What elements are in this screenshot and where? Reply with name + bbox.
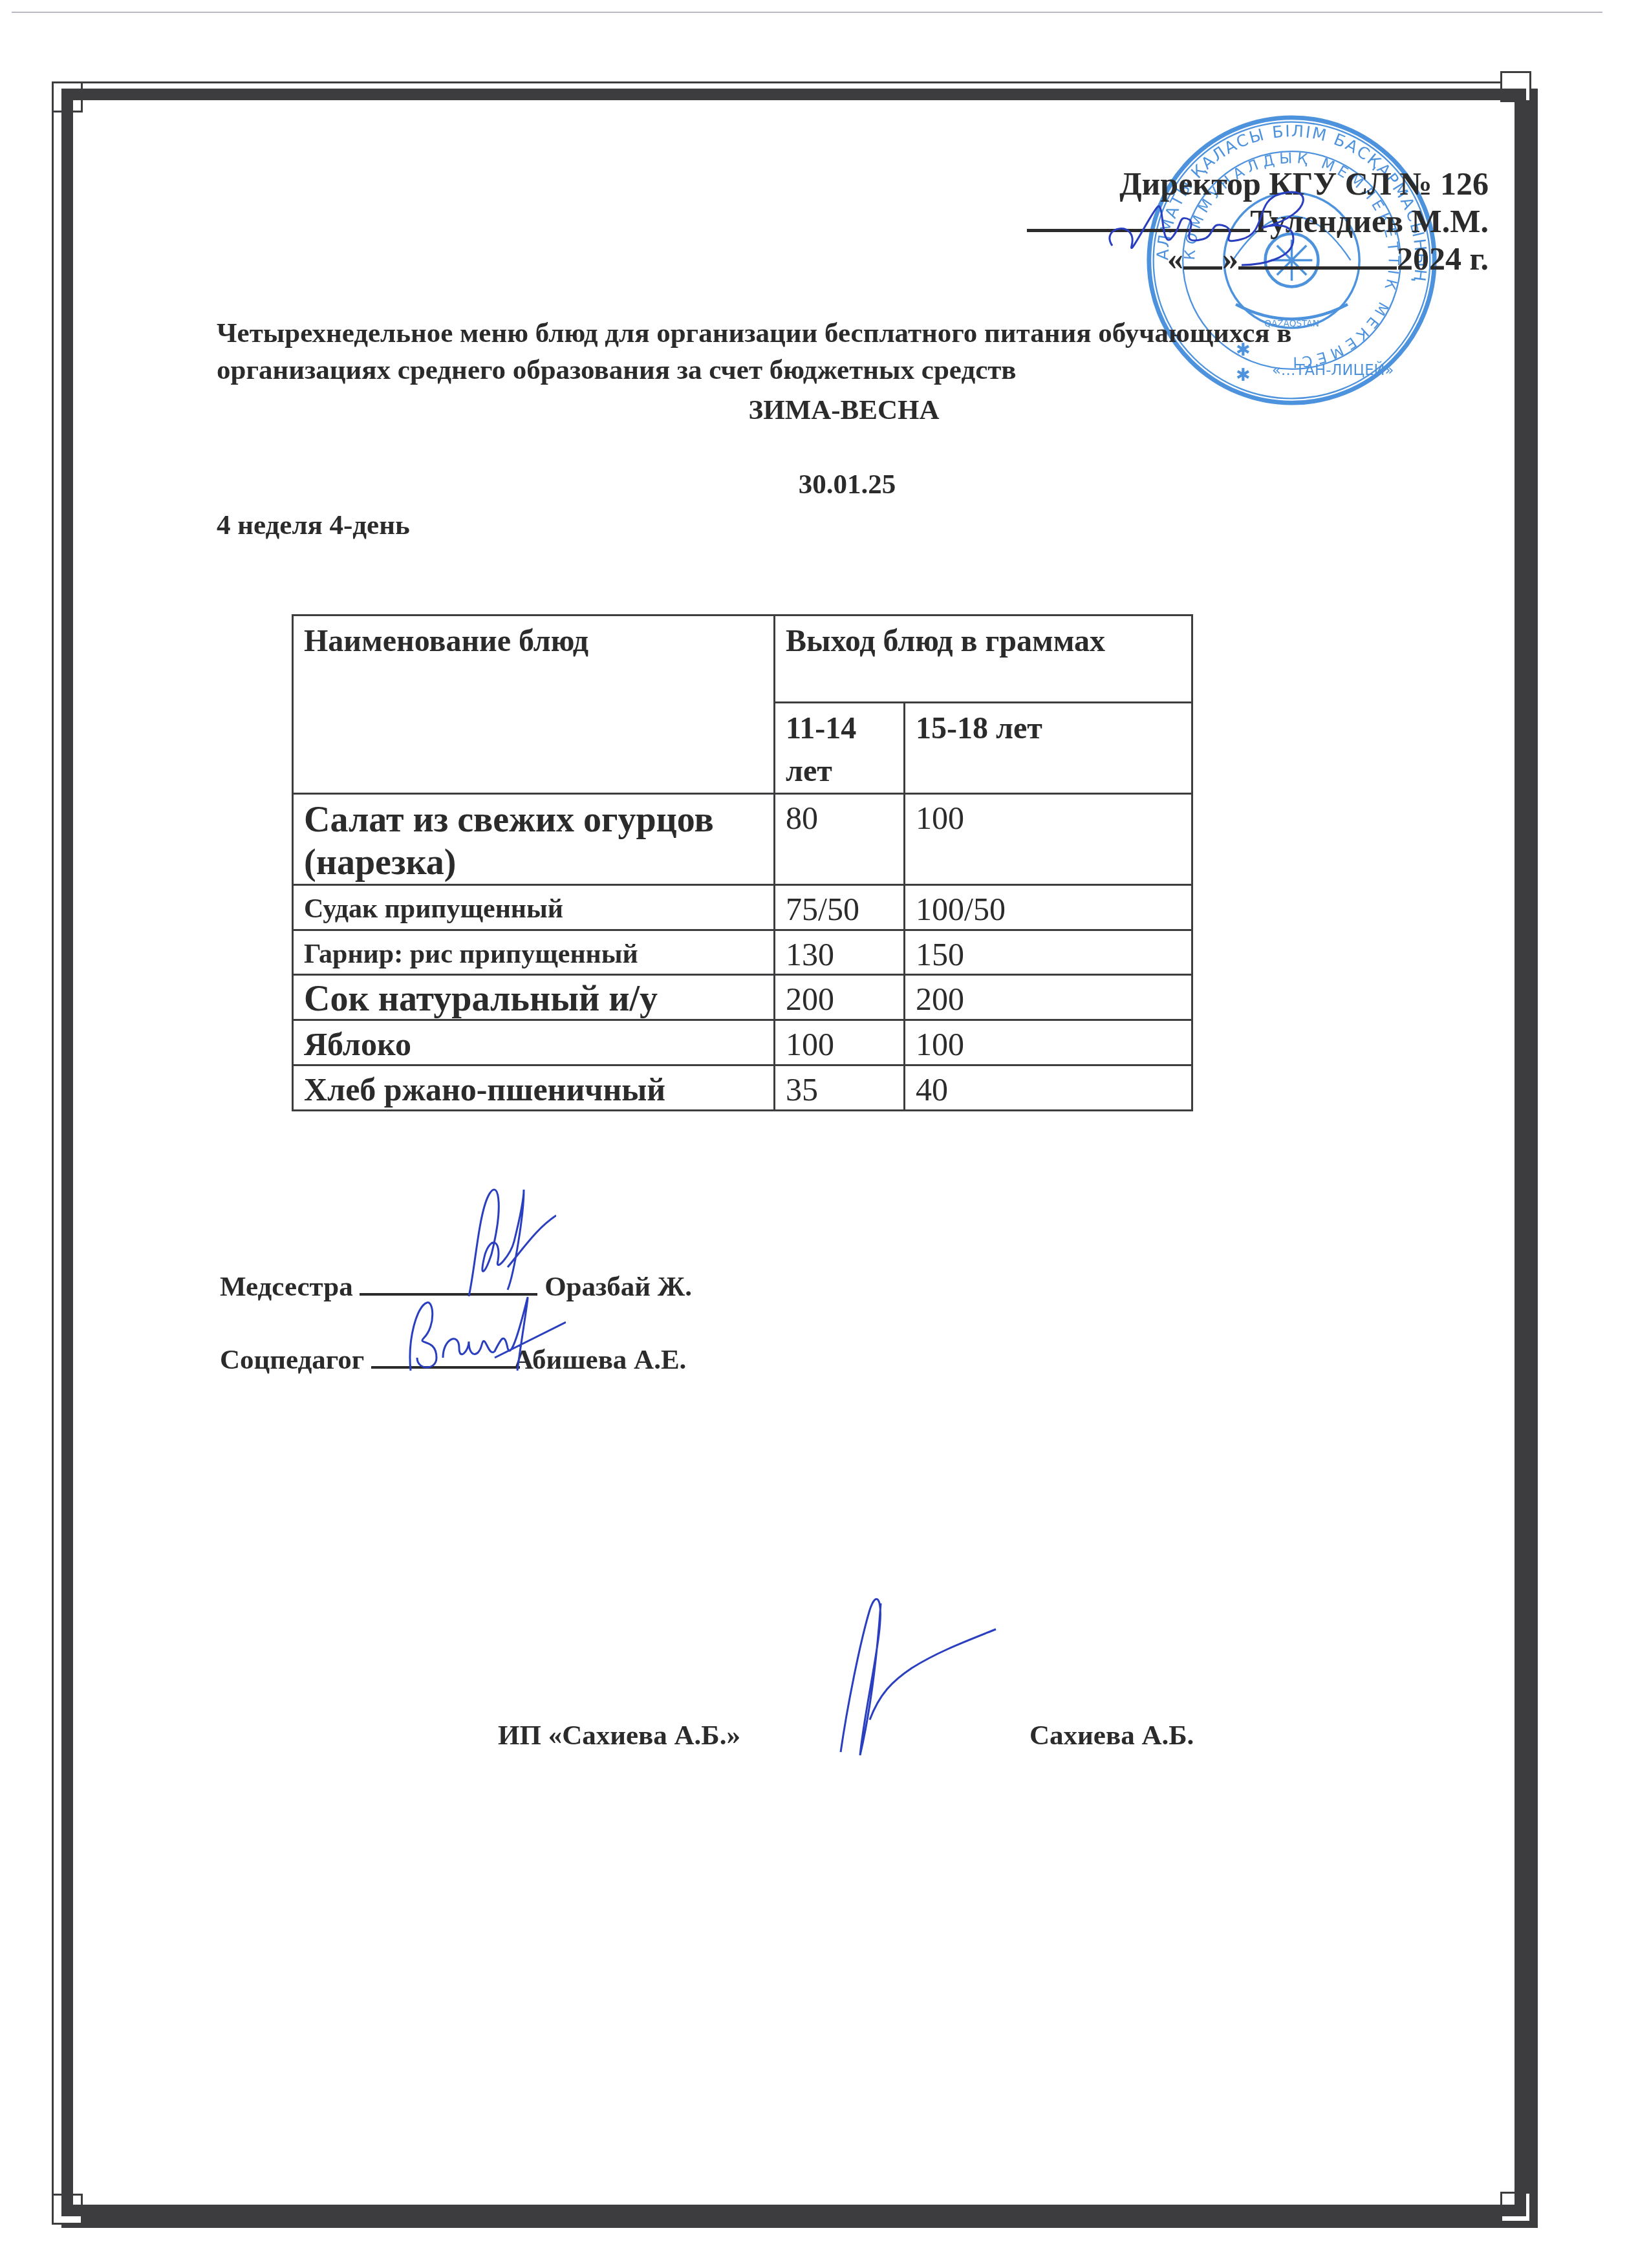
dish-name: Судак припущенный [293,885,775,930]
portion-11-14: 80 [775,794,905,885]
portion-15-18: 200 [905,975,1192,1020]
approval-director-line: Тулендиев М.М. [1027,202,1489,240]
table-row: Сок натуральный и/у 200 200 [293,975,1192,1020]
nurse-signature-line: Медсестра Оразбай Ж. [220,1267,692,1303]
approval-date-line: «»2024 г. [1027,240,1489,277]
header-yield: Выход блюд в граммах [775,615,1192,703]
dish-name: Салат из свежих огурцов (нарезка) [293,794,775,885]
dish-name: Хлеб ржано-пшеничный [293,1065,775,1111]
approval-year: 2024 г. [1397,241,1489,277]
portion-11-14: 200 [775,975,905,1020]
social-pedagogue-signature-line: Соцпедагог Абишева А.Е. [220,1340,686,1376]
header-age-11-14: 11-14 лет [775,703,905,794]
week-day-label: 4 неделя 4-день [217,509,410,541]
portion-15-18: 100 [905,794,1192,885]
portion-11-14: 100 [775,1020,905,1065]
dish-name: Яблоко [293,1020,775,1065]
nurse-name: Оразбай Ж. [544,1272,692,1302]
quote-open: « [1167,241,1183,277]
table-row: Судак припущенный 75/50 100/50 [293,885,1192,930]
dish-name: Сок натуральный и/у [293,975,775,1020]
nurse-signature-blank [360,1267,537,1296]
supplier-organization: ИП «Сахиева А.Б.» [498,1720,740,1751]
social-role: Соцпедагог [220,1345,364,1375]
portion-15-18: 100 [905,1020,1192,1065]
frame-bottom-bar [61,2205,1526,2216]
approval-title: Директор КГУ СЛ № 126 [1027,165,1489,202]
social-signature-blank [371,1340,520,1369]
portion-15-18: 40 [905,1065,1192,1111]
nurse-role: Медсестра [220,1272,353,1302]
director-signature-line [1027,203,1250,232]
menu-table: Наименование блюд Выход блюд в граммах 1… [292,614,1193,1111]
table-row: Гарнир: рис припущенный 130 150 [293,930,1192,975]
quote-close: » [1222,241,1238,277]
season-label: ЗИМА-ВЕСНА [0,394,1649,426]
dish-name: Гарнир: рис припущенный [293,930,775,975]
header-dish-name: Наименование блюд [293,615,775,794]
title-line-2: организациях среднего образования за сче… [217,352,1484,389]
table-row: Салат из свежих огурцов (нарезка) 80 100 [293,794,1192,885]
portion-15-18: 150 [905,930,1192,975]
month-blank [1238,241,1397,270]
supplier-name: Сахиева А.Б. [1029,1720,1194,1751]
approval-block: Директор КГУ СЛ № 126 Тулендиев М.М. «»2… [1027,165,1489,277]
menu-date: 30.01.25 [0,469,1649,500]
table-row: Яблоко 100 100 [293,1020,1192,1065]
day-blank [1183,241,1222,270]
scan-edge-line [12,12,1602,13]
director-name: Тулендиев М.М. [1250,203,1489,239]
frame-top-bar [61,89,1526,100]
table-row: Хлеб ржано-пшеничный 35 40 [293,1065,1192,1111]
social-name: Абишева А.Е. [513,1345,686,1375]
portion-11-14: 75/50 [775,885,905,930]
title-line-1: Четырехнедельное меню блюд для организац… [217,315,1484,352]
portion-15-18: 100/50 [905,885,1192,930]
document-title: Четырехнедельное меню блюд для организац… [217,315,1484,389]
header-age-15-18: 15-18 лет [905,703,1192,794]
portion-11-14: 35 [775,1065,905,1111]
portion-11-14: 130 [775,930,905,975]
